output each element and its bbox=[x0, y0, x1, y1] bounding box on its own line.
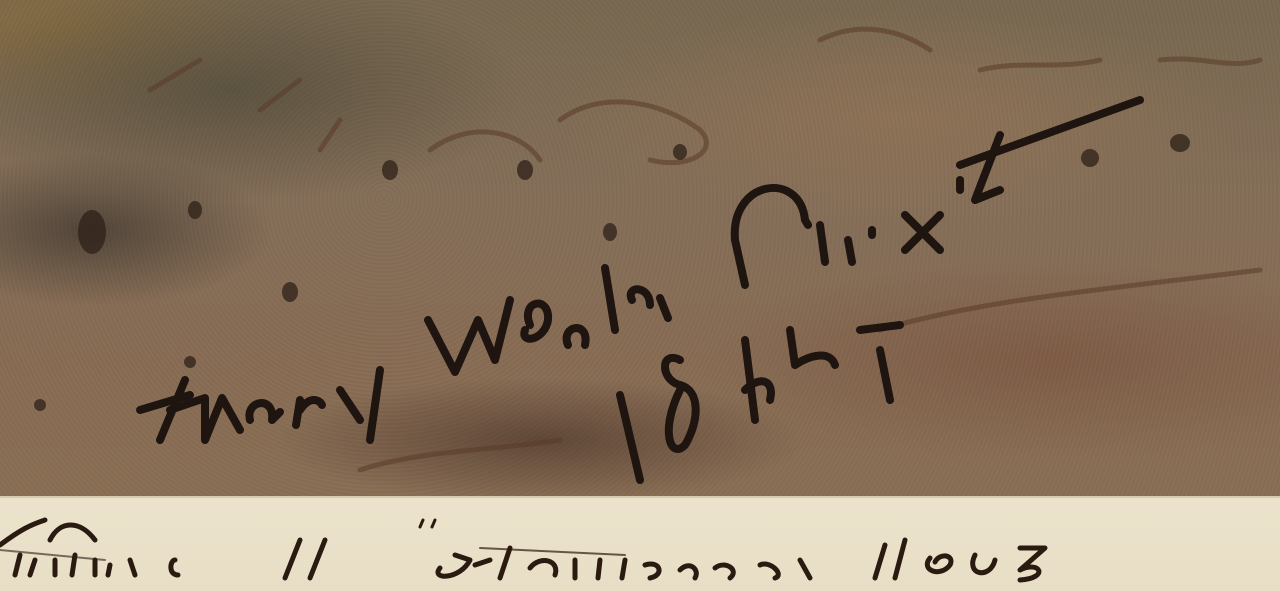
mount-inscription-strokes bbox=[0, 520, 1045, 580]
ink-dabs bbox=[34, 134, 1190, 411]
handwriting-overlay bbox=[0, 0, 1280, 591]
